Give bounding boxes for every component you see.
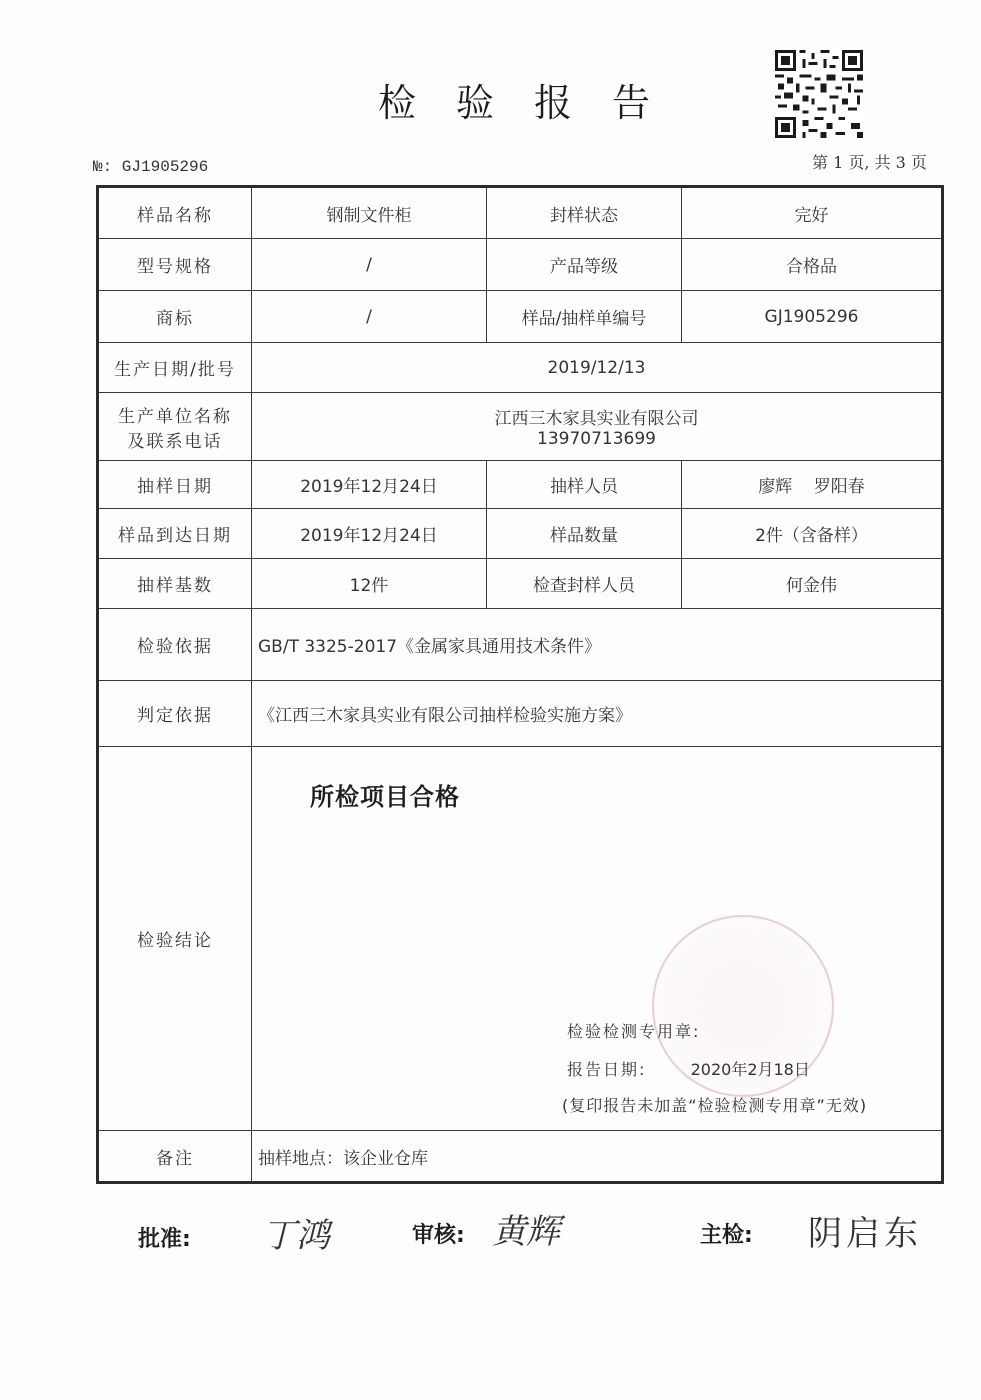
table-row: 抽样日期 2019年12月24日 抽样人员 廖辉 罗阳春 <box>98 461 943 509</box>
report-table: 样品名称 钢制文件柜 封样状态 完好 型号规格 / 产品等级 合格品 商标 / … <box>96 185 944 1184</box>
sample-name-value: 钢制文件柜 <box>252 187 487 239</box>
sample-number-label: 样品/抽样单编号 <box>487 291 682 343</box>
sampler-value: 廖辉 罗阳春 <box>682 461 943 509</box>
inspector-signature: 阴启东 <box>808 1206 922 1255</box>
trademark-value: / <box>252 291 487 343</box>
page-info: 第 1 页, 共 3 页 <box>812 150 927 173</box>
manufacturer-value: 江西三木家具实业有限公司 13970713699 <box>252 393 943 461</box>
seal-inspector-label: 检查封样人员 <box>487 559 682 609</box>
product-grade-value: 合格品 <box>682 239 943 291</box>
inspector-label: 主检: <box>700 1218 753 1249</box>
table-row: 型号规格 / 产品等级 合格品 <box>98 239 943 291</box>
production-date-value: 2019/12/13 <box>252 343 943 393</box>
sampling-base-value: 12件 <box>252 559 487 609</box>
sample-quantity-value: 2件（含备样） <box>682 509 943 559</box>
copy-notice: (复印报告未加盖“检验检测专用章”无效) <box>562 1093 867 1116</box>
review-label: 审核: <box>412 1218 465 1249</box>
report-date-value: 2020年2月18日 <box>691 1060 810 1079</box>
inspection-basis-value: GB/T 3325-2017《金属家具通用技术条件》 <box>252 609 943 681</box>
table-row: 判定依据 《江西三木家具实业有限公司抽样检验实施方案》 <box>98 681 943 747</box>
manufacturer-label-line1: 生产单位名称 <box>105 402 245 427</box>
report-date-label: 报告日期: <box>567 1060 646 1079</box>
table-row: 检验结论 所检项目合格 检验检测专用章: 报告日期: 2020年2月18日 (复… <box>98 747 943 1131</box>
conclusion-cell: 所检项目合格 检验检测专用章: 报告日期: 2020年2月18日 (复印报告未加… <box>252 747 943 1131</box>
judgment-basis-value: 《江西三木家具实业有限公司抽样检验实施方案》 <box>252 681 943 747</box>
sampling-date-label: 抽样日期 <box>98 461 252 509</box>
seal-inspector-value: 何金伟 <box>682 559 943 609</box>
trademark-label: 商标 <box>98 291 252 343</box>
arrival-date-label: 样品到达日期 <box>98 509 252 559</box>
production-date-label: 生产日期/批号 <box>98 343 252 393</box>
remarks-label: 备注 <box>98 1131 252 1183</box>
model-spec-value: / <box>252 239 487 291</box>
sampling-date-value: 2019年12月24日 <box>252 461 487 509</box>
table-row: 生产日期/批号 2019/12/13 <box>98 343 943 393</box>
remarks-value: 抽样地点：该企业仓库 <box>252 1131 943 1183</box>
approve-label: 批准: <box>138 1222 191 1253</box>
sampler-label: 抽样人员 <box>487 461 682 509</box>
sample-name-label: 样品名称 <box>98 187 252 239</box>
report-title: 检验报告 <box>378 72 690 127</box>
report-date-line: 报告日期: 2020年2月18日 <box>567 1057 810 1080</box>
sampling-base-label: 抽样基数 <box>98 559 252 609</box>
arrival-date-value: 2019年12月24日 <box>252 509 487 559</box>
sample-number-value: GJ1905296 <box>682 291 943 343</box>
manufacturer-phone: 13970713699 <box>258 429 935 449</box>
conclusion-result: 所检项目合格 <box>310 777 460 812</box>
table-row: 抽样基数 12件 检查封样人员 何金伟 <box>98 559 943 609</box>
manufacturer-label: 生产单位名称 及联系电话 <box>98 393 252 461</box>
table-row: 检验依据 GB/T 3325-2017《金属家具通用技术条件》 <box>98 609 943 681</box>
judgment-basis-label: 判定依据 <box>98 681 252 747</box>
stamp-label: 检验检测专用章: <box>567 1019 700 1042</box>
table-row: 样品名称 钢制文件柜 封样状态 完好 <box>98 187 943 239</box>
report-number: №: GJ1905296 <box>93 158 208 176</box>
review-signature: 黄辉 <box>492 1204 560 1253</box>
qr-code-icon <box>775 48 863 140</box>
table-row: 生产单位名称 及联系电话 江西三木家具实业有限公司 13970713699 <box>98 393 943 461</box>
conclusion-label: 检验结论 <box>98 747 252 1131</box>
signature-row: 批准: 丁鸿 审核: 黄辉 主检: 阴启东 <box>0 1200 981 1280</box>
table-row: 商标 / 样品/抽样单编号 GJ1905296 <box>98 291 943 343</box>
manufacturer-label-line2: 及联系电话 <box>105 427 245 452</box>
inspection-basis-label: 检验依据 <box>98 609 252 681</box>
seal-status-value: 完好 <box>682 187 943 239</box>
sample-quantity-label: 样品数量 <box>487 509 682 559</box>
seal-status-label: 封样状态 <box>487 187 682 239</box>
table-row: 备注 抽样地点：该企业仓库 <box>98 1131 943 1183</box>
manufacturer-name: 江西三木家具实业有限公司 <box>258 404 935 429</box>
product-grade-label: 产品等级 <box>487 239 682 291</box>
model-spec-label: 型号规格 <box>98 239 252 291</box>
table-row: 样品到达日期 2019年12月24日 样品数量 2件（含备样） <box>98 509 943 559</box>
approve-signature: 丁鸿 <box>262 1208 330 1257</box>
